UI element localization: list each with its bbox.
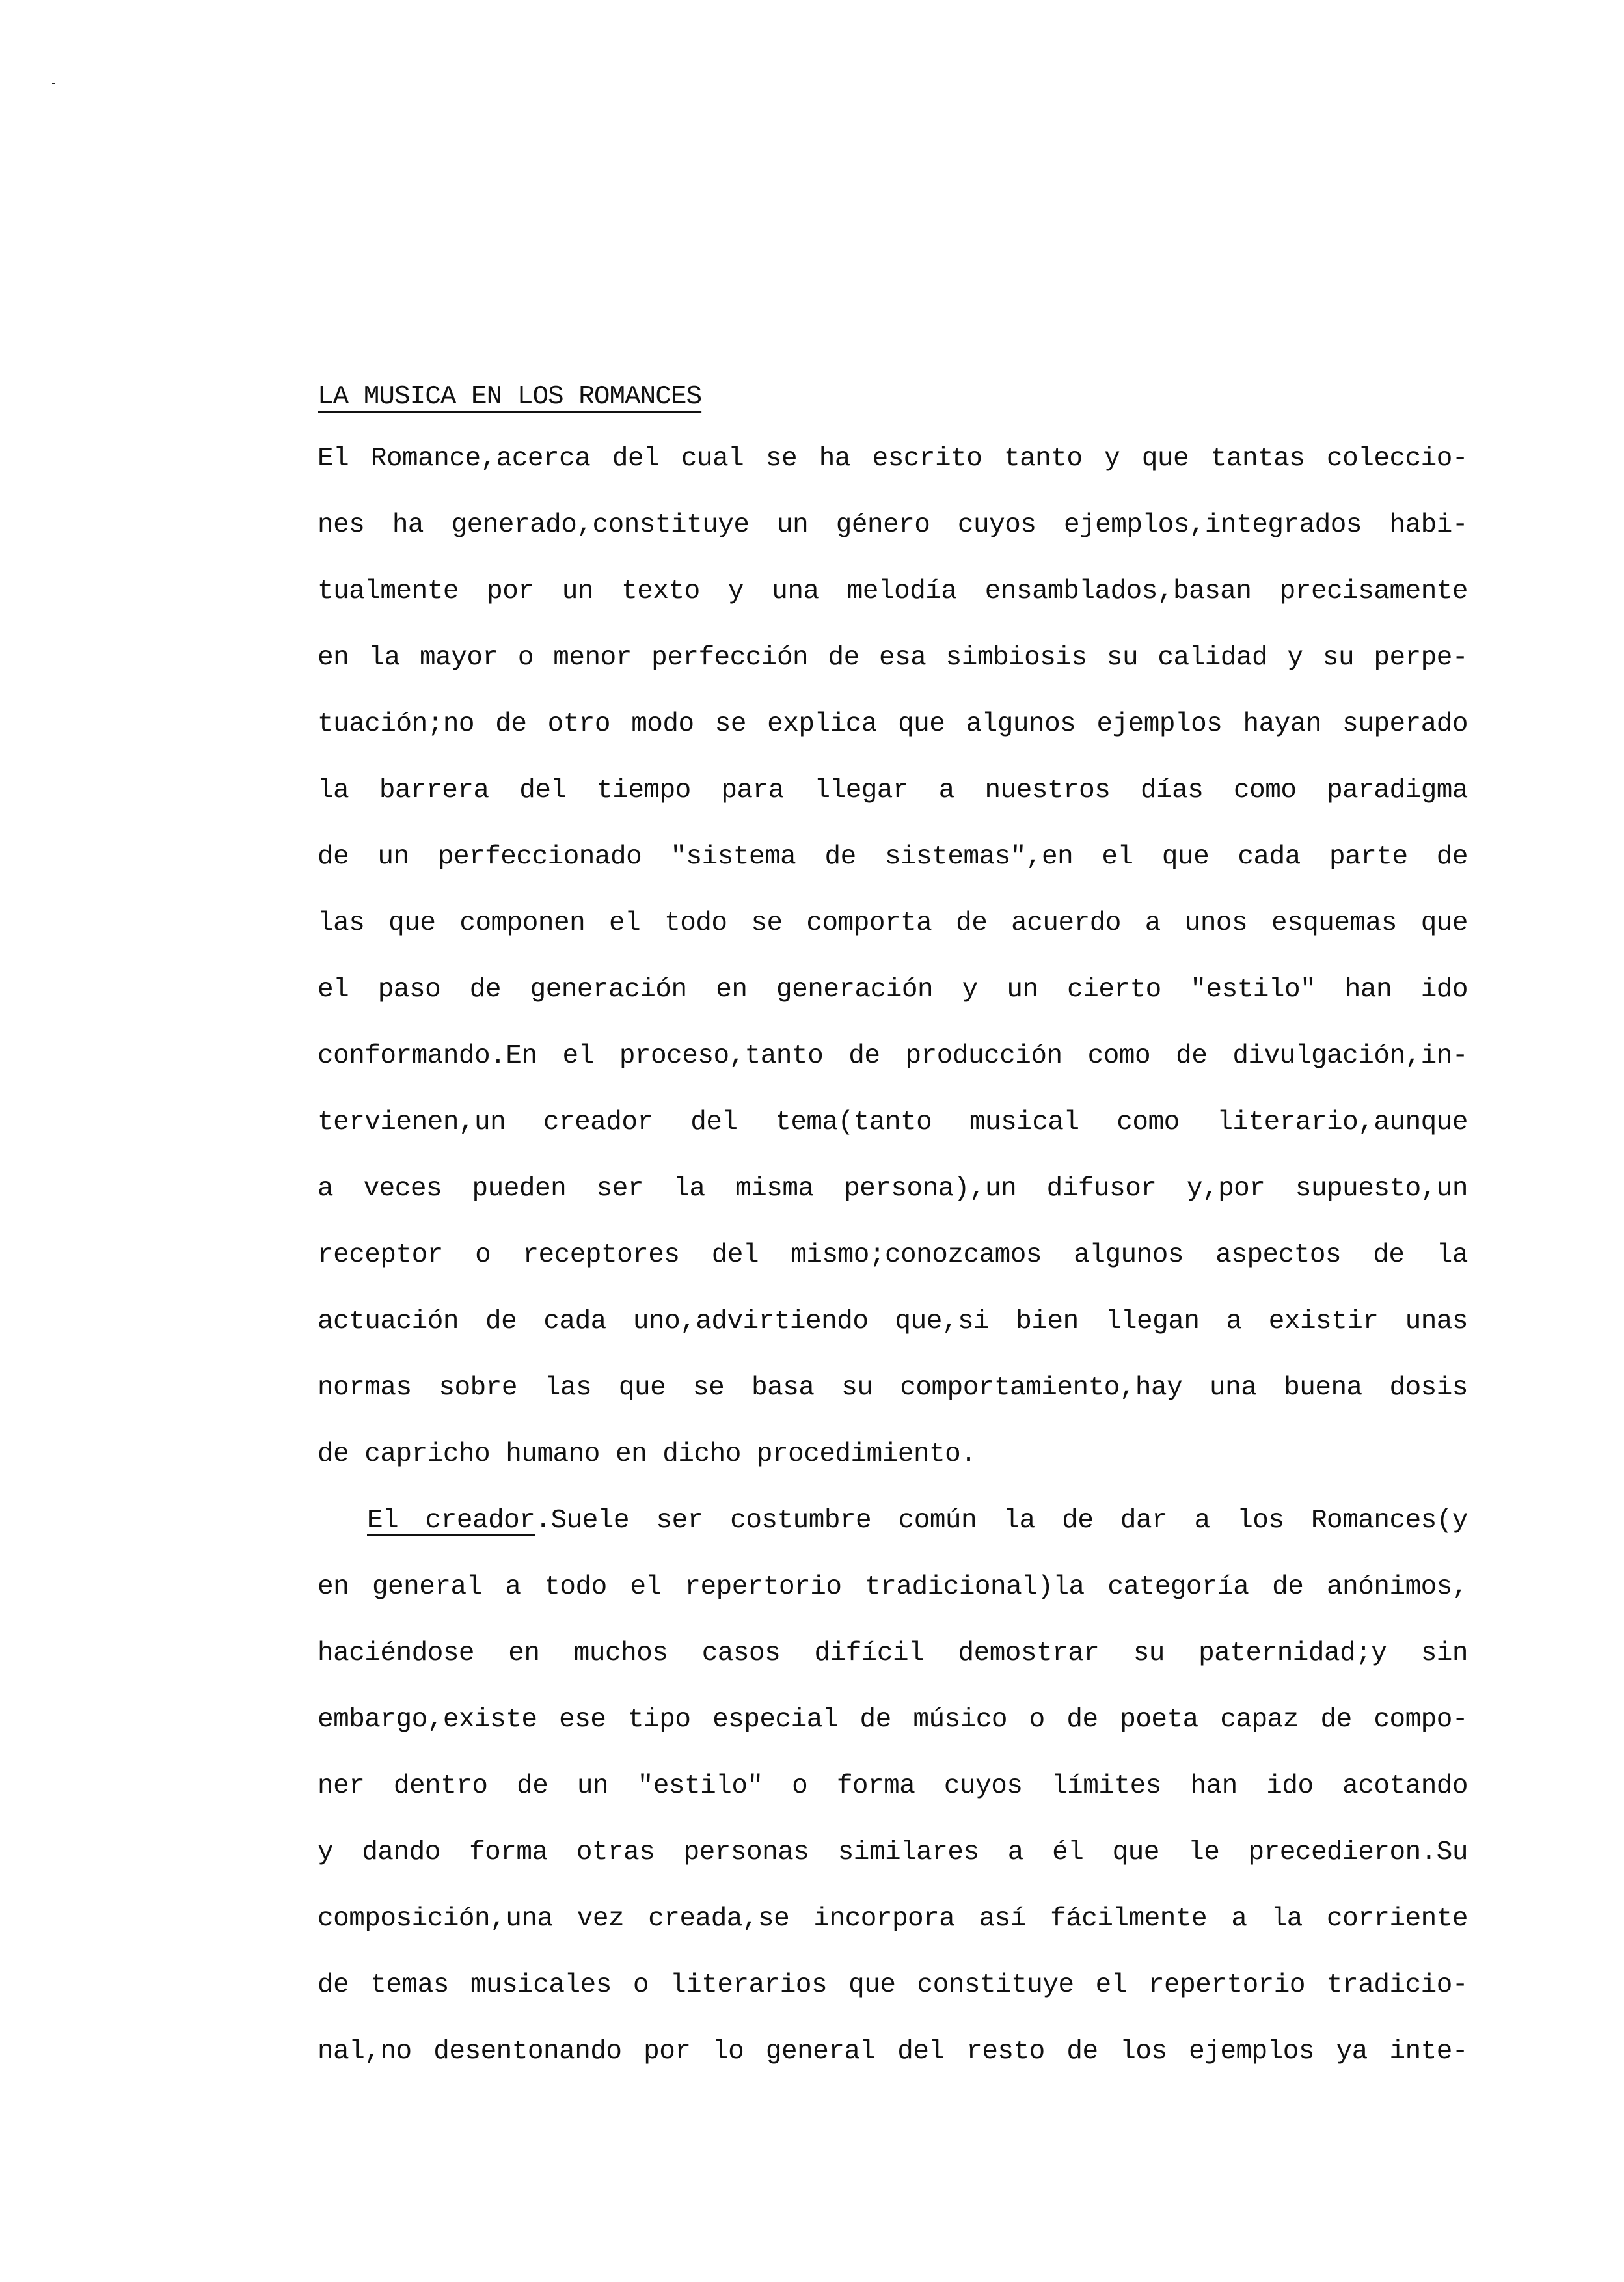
text-line: la barrera del tiempo para llegar a nues… bbox=[318, 774, 1468, 841]
document-title: LA MUSICA EN LOS ROMANCES bbox=[318, 381, 1468, 413]
text-line: El Romance,acerca del cual se ha escrito… bbox=[318, 442, 1468, 509]
text-line: normas sobre las que se basa su comporta… bbox=[318, 1372, 1468, 1438]
text-line: haciéndose en muchos casos difícil demos… bbox=[318, 1637, 1468, 1704]
text-line: nal,no desentonando por lo general del r… bbox=[318, 2035, 1468, 2102]
text-line-first: El creador.Suele ser costumbre común la … bbox=[318, 1504, 1468, 1571]
text-line: las que componen el todo se comporta de … bbox=[318, 907, 1468, 973]
text-line: embargo,existe ese tipo especial de músi… bbox=[318, 1704, 1468, 1770]
text-line: y dando forma otras personas similares a… bbox=[318, 1836, 1468, 1903]
text-line: en general a todo el repertorio tradicio… bbox=[318, 1571, 1468, 1637]
text-line: receptor o receptores del mismo;conozcam… bbox=[318, 1239, 1468, 1305]
text-line: composición,una vez creada,se incorpora … bbox=[318, 1903, 1468, 1969]
text-line: de un perfeccionado "sistema de sistemas… bbox=[318, 841, 1468, 907]
document-page: LA MUSICA EN LOS ROMANCES El Romance,ace… bbox=[318, 381, 1468, 2102]
text-line: a veces pueden ser la misma persona),un … bbox=[318, 1173, 1468, 1239]
text-line: tualmente por un texto y una melodía ens… bbox=[318, 575, 1468, 642]
paragraph-1: El Romance,acerca del cual se ha escrito… bbox=[318, 442, 1468, 1504]
text-line: ner dentro de un "estilo" o forma cuyos … bbox=[318, 1770, 1468, 1836]
text-line: de capricho humano en dicho procedimient… bbox=[318, 1438, 1468, 1504]
text-line: en la mayor o menor perfección de esa si… bbox=[318, 642, 1468, 708]
text-line: actuación de cada uno,advirtiendo que,si… bbox=[318, 1305, 1468, 1372]
text-line: de temas musicales o literarios que cons… bbox=[318, 1969, 1468, 2035]
text-line: tuación;no de otro modo se explica que a… bbox=[318, 708, 1468, 774]
text-line: conformando.En el proceso,tanto de produ… bbox=[318, 1040, 1468, 1106]
text-line: nes ha generado,constituye un género cuy… bbox=[318, 509, 1468, 575]
text-line: tervienen,un creador del tema(tanto musi… bbox=[318, 1106, 1468, 1173]
scan-speck bbox=[52, 83, 55, 84]
text-run: .Suele ser costumbre común la de dar a l… bbox=[535, 1506, 1468, 1536]
text-line: el paso de generación en generación y un… bbox=[318, 973, 1468, 1040]
paragraph-2: El creador.Suele ser costumbre común la … bbox=[318, 1504, 1468, 2102]
section-heading: El creador bbox=[367, 1506, 535, 1536]
